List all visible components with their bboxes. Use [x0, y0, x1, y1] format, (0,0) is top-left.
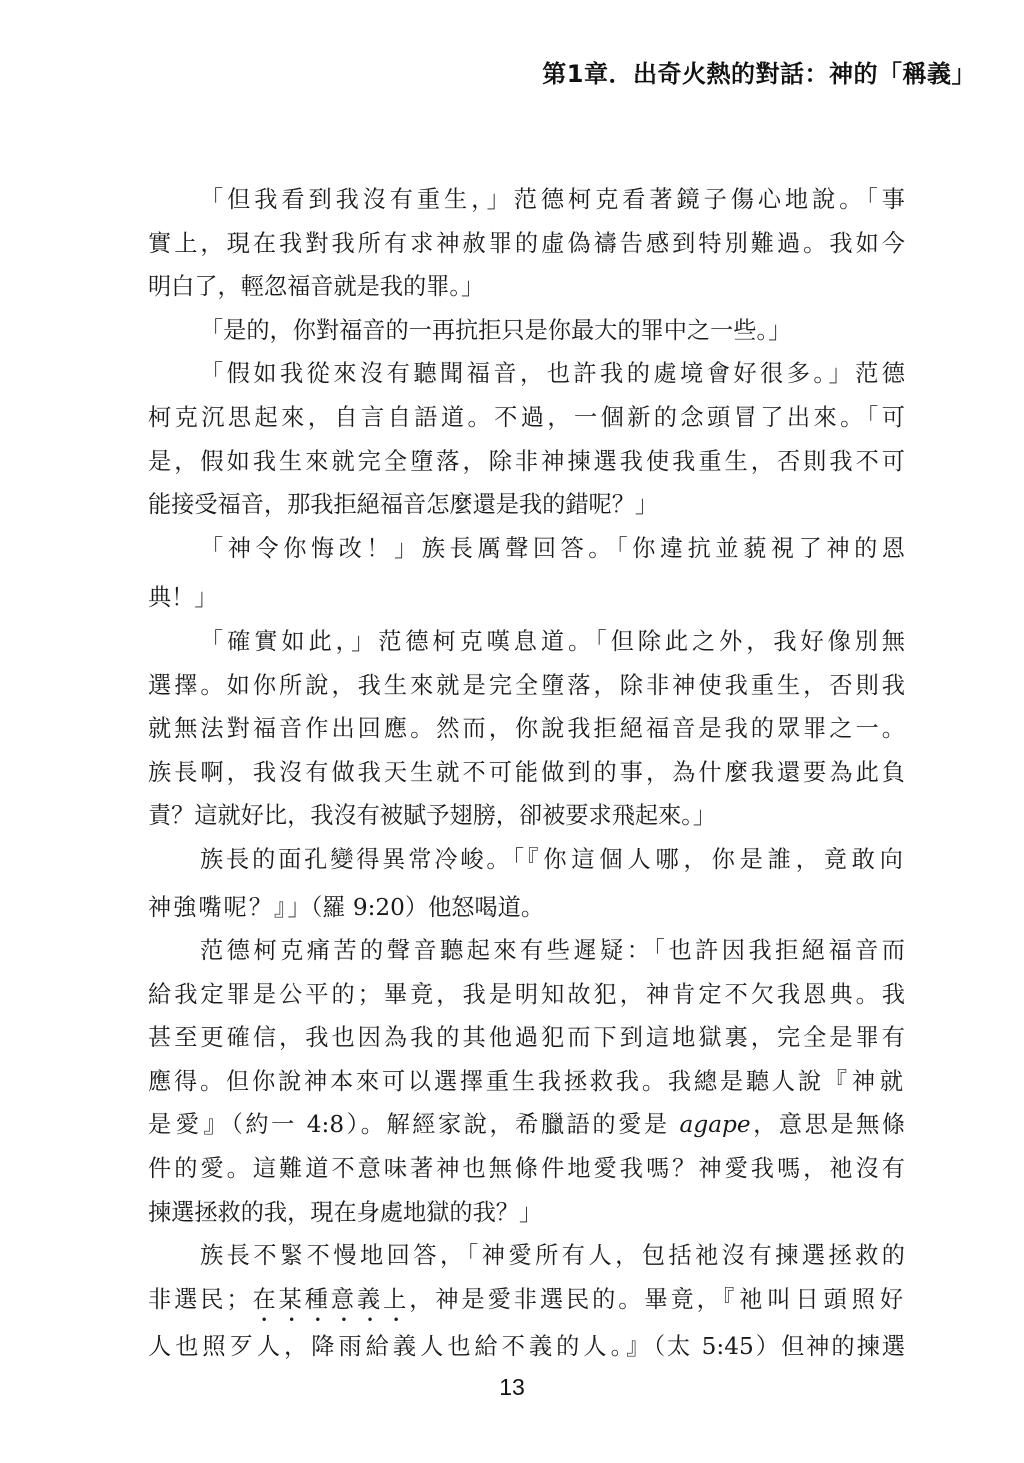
- text-line: 族長的面孔變得異常冷峻。「『你這個人哪，你是誰，竟敢向: [148, 838, 905, 882]
- text-line: 應得。但你說神本來可以選擇重生我拯救我。我總是聽人說『神就: [148, 1060, 905, 1104]
- text-line: 族長啊，我沒有做我天生就不可能做到的事，為什麼我還要為此負: [148, 751, 905, 795]
- paragraph-8: 族長不緊不慢地回答，「神愛所有人，包括祂沒有揀選拯救的 非選民；在某種意義上，神…: [148, 1234, 905, 1369]
- text-line: 非選民；在某種意義上，神是愛非選民的。畢竟，『祂叫日頭照好: [148, 1278, 905, 1322]
- emphasized-phrase: 在某種意義上: [250, 1286, 410, 1313]
- text-line: 「神令你悔改！」族長厲聲回答。「你違抗並藐視了神的恩: [148, 527, 905, 571]
- paragraph-7: 范德柯克痛苦的聲音聽起來有些遲疑：「也許因我拒絕福音而 給我定罪是公平的；畢竟，…: [148, 929, 905, 1234]
- scripture-quote: 『神就: [824, 1068, 905, 1095]
- scripture-quote: 人也照歹人，降雨給義人也給不義的人。』: [148, 1333, 653, 1360]
- scripture-quote: 是愛』: [148, 1111, 231, 1138]
- text-run: ，神是愛非選民的。畢竟，: [409, 1286, 722, 1313]
- text-run: 族長的面孔變得異常冷峻。「: [200, 846, 527, 873]
- text-line: 明白了，輕忽福音就是我的罪。」: [148, 265, 905, 309]
- paragraph-6: 族長的面孔變得異常冷峻。「『你這個人哪，你是誰，竟敢向 神強嘴呢？』」（羅 9:…: [148, 838, 905, 929]
- page-number: 13: [0, 1374, 1024, 1401]
- text-run: 非選民；: [148, 1286, 250, 1313]
- scripture-quote: 『祂叫日頭照好: [723, 1286, 905, 1313]
- text-line: 是，假如我生來就完全墮落，除非神揀選我使我重生，否則我不可: [148, 440, 905, 484]
- text-line: 「但我看到我沒有重生，」范德柯克看著鏡子傷心地說。「事: [148, 178, 905, 222]
- text-line: 件的愛。這難道不意味著神也無條件地愛我嗎？神愛我嗎，祂沒有: [148, 1147, 905, 1191]
- text-line: 柯克沉思起來，自言自語道。不過，一個新的念頭冒了出來。「可: [148, 396, 905, 440]
- page-body: 「但我看到我沒有重生，」范德柯克看著鏡子傷心地說。「事 實上，現在我對我所有求神…: [148, 178, 905, 1369]
- text-line: 是愛』（約一 4:8）。解經家說，希臘語的愛是 agape，意思是無條: [148, 1103, 905, 1147]
- text-run: 」（羅 9:20）他怒喝道。: [288, 894, 545, 921]
- text-line: 典！」: [148, 576, 905, 620]
- text-line: 能接受福音，那我拒絕福音怎麼還是我的錯呢？」: [148, 483, 905, 527]
- paragraph-2: 「是的，你對福音的一再抗拒只是你最大的罪中之一些。」: [148, 309, 905, 353]
- paragraph-3: 「假如我從來沒有聽聞福音，也許我的處境會好很多。」范德 柯克沉思起來，自言自語道…: [148, 352, 905, 526]
- scripture-quote: 『你這個人哪，你是誰，竟敢向: [527, 846, 905, 873]
- text-line: 范德柯克痛苦的聲音聽起來有些遲疑：「也許因我拒絕福音而: [148, 929, 905, 973]
- text-line: 族長不緊不慢地回答，「神愛所有人，包括祂沒有揀選拯救的: [148, 1234, 905, 1278]
- text-line: 神強嘴呢？』」（羅 9:20）他怒喝道。: [148, 886, 905, 930]
- text-line: 揀選拯救的我，現在身處地獄的我？」: [148, 1191, 905, 1235]
- text-run: ，意思是無條: [751, 1111, 905, 1138]
- text-line: 甚至更確信，我也因為我的其他過犯而下到這地獄裏，完全是罪有: [148, 1016, 905, 1060]
- text-line: 「假如我從來沒有聽聞福音，也許我的處境會好很多。」范德: [148, 352, 905, 396]
- text-run: 應得。但你說神本來可以選擇重生我拯救我。我總是聽人說: [148, 1068, 824, 1095]
- text-line: 選擇。如你所說，我生來就是完全墮落，除非神使我重生，否則我: [148, 664, 905, 708]
- text-line: 給我定罪是公平的；畢竟，我是明知故犯，神肯定不欠我恩典。我: [148, 973, 905, 1017]
- text-line: 實上，現在我對我所有求神赦罪的虛偽禱告感到特別難過。我如今: [148, 222, 905, 266]
- text-run: （約一 4:8）。解經家說，希臘語的愛是: [231, 1111, 679, 1138]
- text-line: 「確實如此，」范德柯克嘆息道。「但除此之外，我好像別無: [148, 620, 905, 664]
- paragraph-1: 「但我看到我沒有重生，」范德柯克看著鏡子傷心地說。「事 實上，現在我對我所有求神…: [148, 178, 905, 309]
- running-header: 第1章．出奇火熱的對話：神的「稱義」: [542, 54, 976, 89]
- text-line: 人也照歹人，降雨給義人也給不義的人。』（太 5:45）但神的揀選: [148, 1325, 905, 1369]
- text-line: 「是的，你對福音的一再抗拒只是你最大的罪中之一些。」: [148, 309, 905, 353]
- paragraph-5: 「確實如此，」范德柯克嘆息道。「但除此之外，我好像別無 選擇。如你所說，我生來就…: [148, 620, 905, 838]
- text-run: （太 5:45）但神的揀選: [653, 1333, 905, 1360]
- scripture-quote: 神強嘴呢？』: [148, 894, 288, 921]
- greek-term: agape: [680, 1111, 751, 1138]
- text-line: 就無法對福音作出回應。然而，你說我拒絕福音是我的眾罪之一。: [148, 707, 905, 751]
- paragraph-4: 「神令你悔改！」族長厲聲回答。「你違抗並藐視了神的恩 典！」: [148, 527, 905, 620]
- text-line: 責？這就好比，我沒有被賦予翅膀，卻被要求飛起來。」: [148, 794, 905, 838]
